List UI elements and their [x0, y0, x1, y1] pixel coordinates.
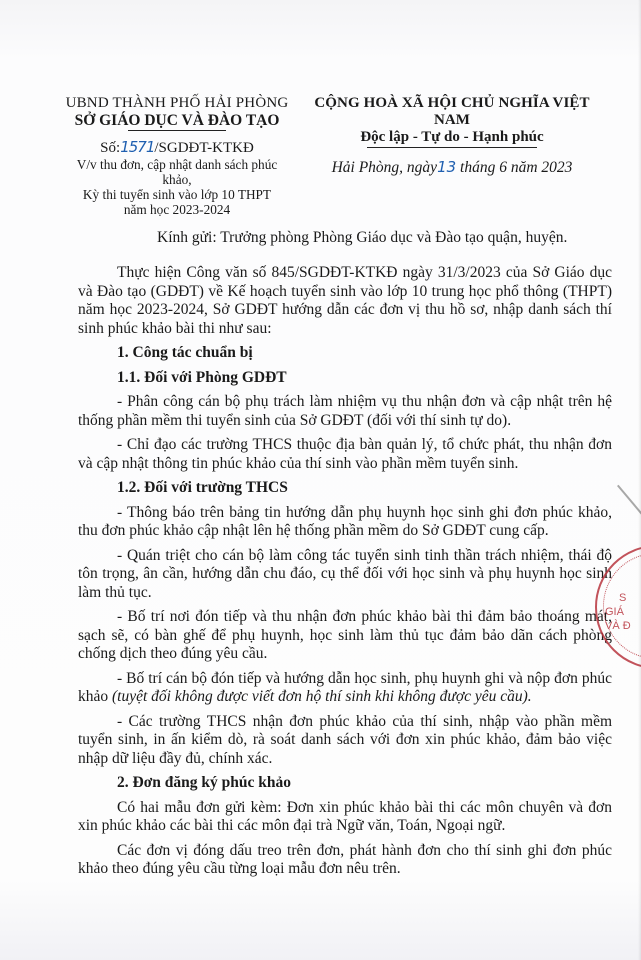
- item-italic-note: (tuyệt đối không được viết đơn hộ thí si…: [112, 688, 532, 705]
- section-2-heading: 2. Đơn đăng ký phúc khảo: [117, 774, 612, 793]
- subject-line: V/v thu đơn, cập nhật danh sách phúc khả…: [62, 157, 292, 187]
- motto-underline: [367, 147, 537, 148]
- stamp-text-line: S: [605, 591, 631, 605]
- section-2-paragraph: Có hai mẫu đơn gửi kèm: Đơn xin phúc khả…: [78, 799, 612, 836]
- national-header: CỘNG HOÀ XÃ HỘI CHỦ NGHĨA VIỆT NAM Độc l…: [298, 95, 606, 176]
- national-motto: Độc lập - Tự do - Hạnh phúc: [298, 129, 606, 146]
- document-subject: V/v thu đơn, cập nhật danh sách phúc khả…: [62, 157, 292, 217]
- stamp-text: S GIÁ VÀ Đ: [605, 591, 631, 633]
- section-1-1-heading: 1.1. Đối với Phòng GDĐT: [117, 369, 612, 388]
- document-body: Thực hiện Công văn số 845/SGDĐT-KTKĐ ngà…: [78, 264, 612, 885]
- section-1-2-item: - Thông báo trên bảng tin hướng dẫn phụ …: [78, 504, 612, 541]
- number-prefix: Số:: [100, 140, 120, 156]
- handwritten-day: 13: [437, 158, 456, 176]
- issuer-header: UBND THÀNH PHỐ HẢI PHÒNG SỞ GIÁO DỤC VÀ …: [62, 95, 292, 217]
- section-1-2-item: - Các trường THCS nhận đơn phúc khảo của…: [78, 713, 612, 769]
- agency-name: UBND THÀNH PHỐ HẢI PHÒNG: [62, 95, 292, 112]
- national-title: CỘNG HOÀ XÃ HỘI CHỦ NGHĨA VIỆT NAM: [298, 95, 606, 129]
- section-1-1-item: - Phân công cán bộ phụ trách làm nhiệm v…: [78, 393, 612, 430]
- document-number: Số:1571/SGDĐT-KTKĐ: [62, 139, 292, 157]
- stamp-text-line: GIÁ: [605, 605, 631, 619]
- section-1-1-item: - Chỉ đạo các trường THCS thuộc địa bàn …: [78, 436, 612, 473]
- department-underline: [128, 130, 226, 131]
- place-prefix: Hải Phòng, ngày: [332, 159, 437, 176]
- subject-line: năm học 2023-2024: [62, 202, 292, 217]
- section-2-paragraph: Các đơn vị đóng dấu treo trên đơn, phát …: [78, 842, 612, 879]
- number-suffix: /SGDĐT-KTKĐ: [154, 140, 253, 156]
- document-page: UBND THÀNH PHỐ HẢI PHÒNG SỞ GIÁO DỤC VÀ …: [0, 0, 641, 960]
- handwritten-number: 1571: [120, 138, 154, 156]
- department-name: SỞ GIÁO DỤC VÀ ĐÀO TẠO: [62, 112, 292, 129]
- section-1-2-item: - Quán triệt cho cán bộ làm công tác tuy…: [78, 547, 612, 603]
- subject-line: Kỳ thi tuyển sinh vào lớp 10 THPT: [62, 187, 292, 202]
- section-1-2-heading: 1.2. Đối với trường THCS: [117, 479, 612, 498]
- recipient-line: Kính gửi: Trưởng phòng Phòng Giáo dục và…: [157, 229, 567, 247]
- date-suffix: tháng 6 năm 2023: [456, 159, 572, 176]
- stamp-text-line: VÀ Đ: [605, 619, 631, 633]
- section-1-heading: 1. Công tác chuẩn bị: [117, 344, 612, 363]
- intro-paragraph: Thực hiện Công văn số 845/SGDĐT-KTKĐ ngà…: [78, 264, 612, 338]
- place-date: Hải Phòng, ngày13 tháng 6 năm 2023: [298, 159, 606, 176]
- section-1-2-item: - Bố trí cán bộ đón tiếp và hướng dẫn họ…: [78, 670, 612, 707]
- section-1-2-item: - Bố trí nơi đón tiếp và thu nhận đơn ph…: [78, 608, 612, 664]
